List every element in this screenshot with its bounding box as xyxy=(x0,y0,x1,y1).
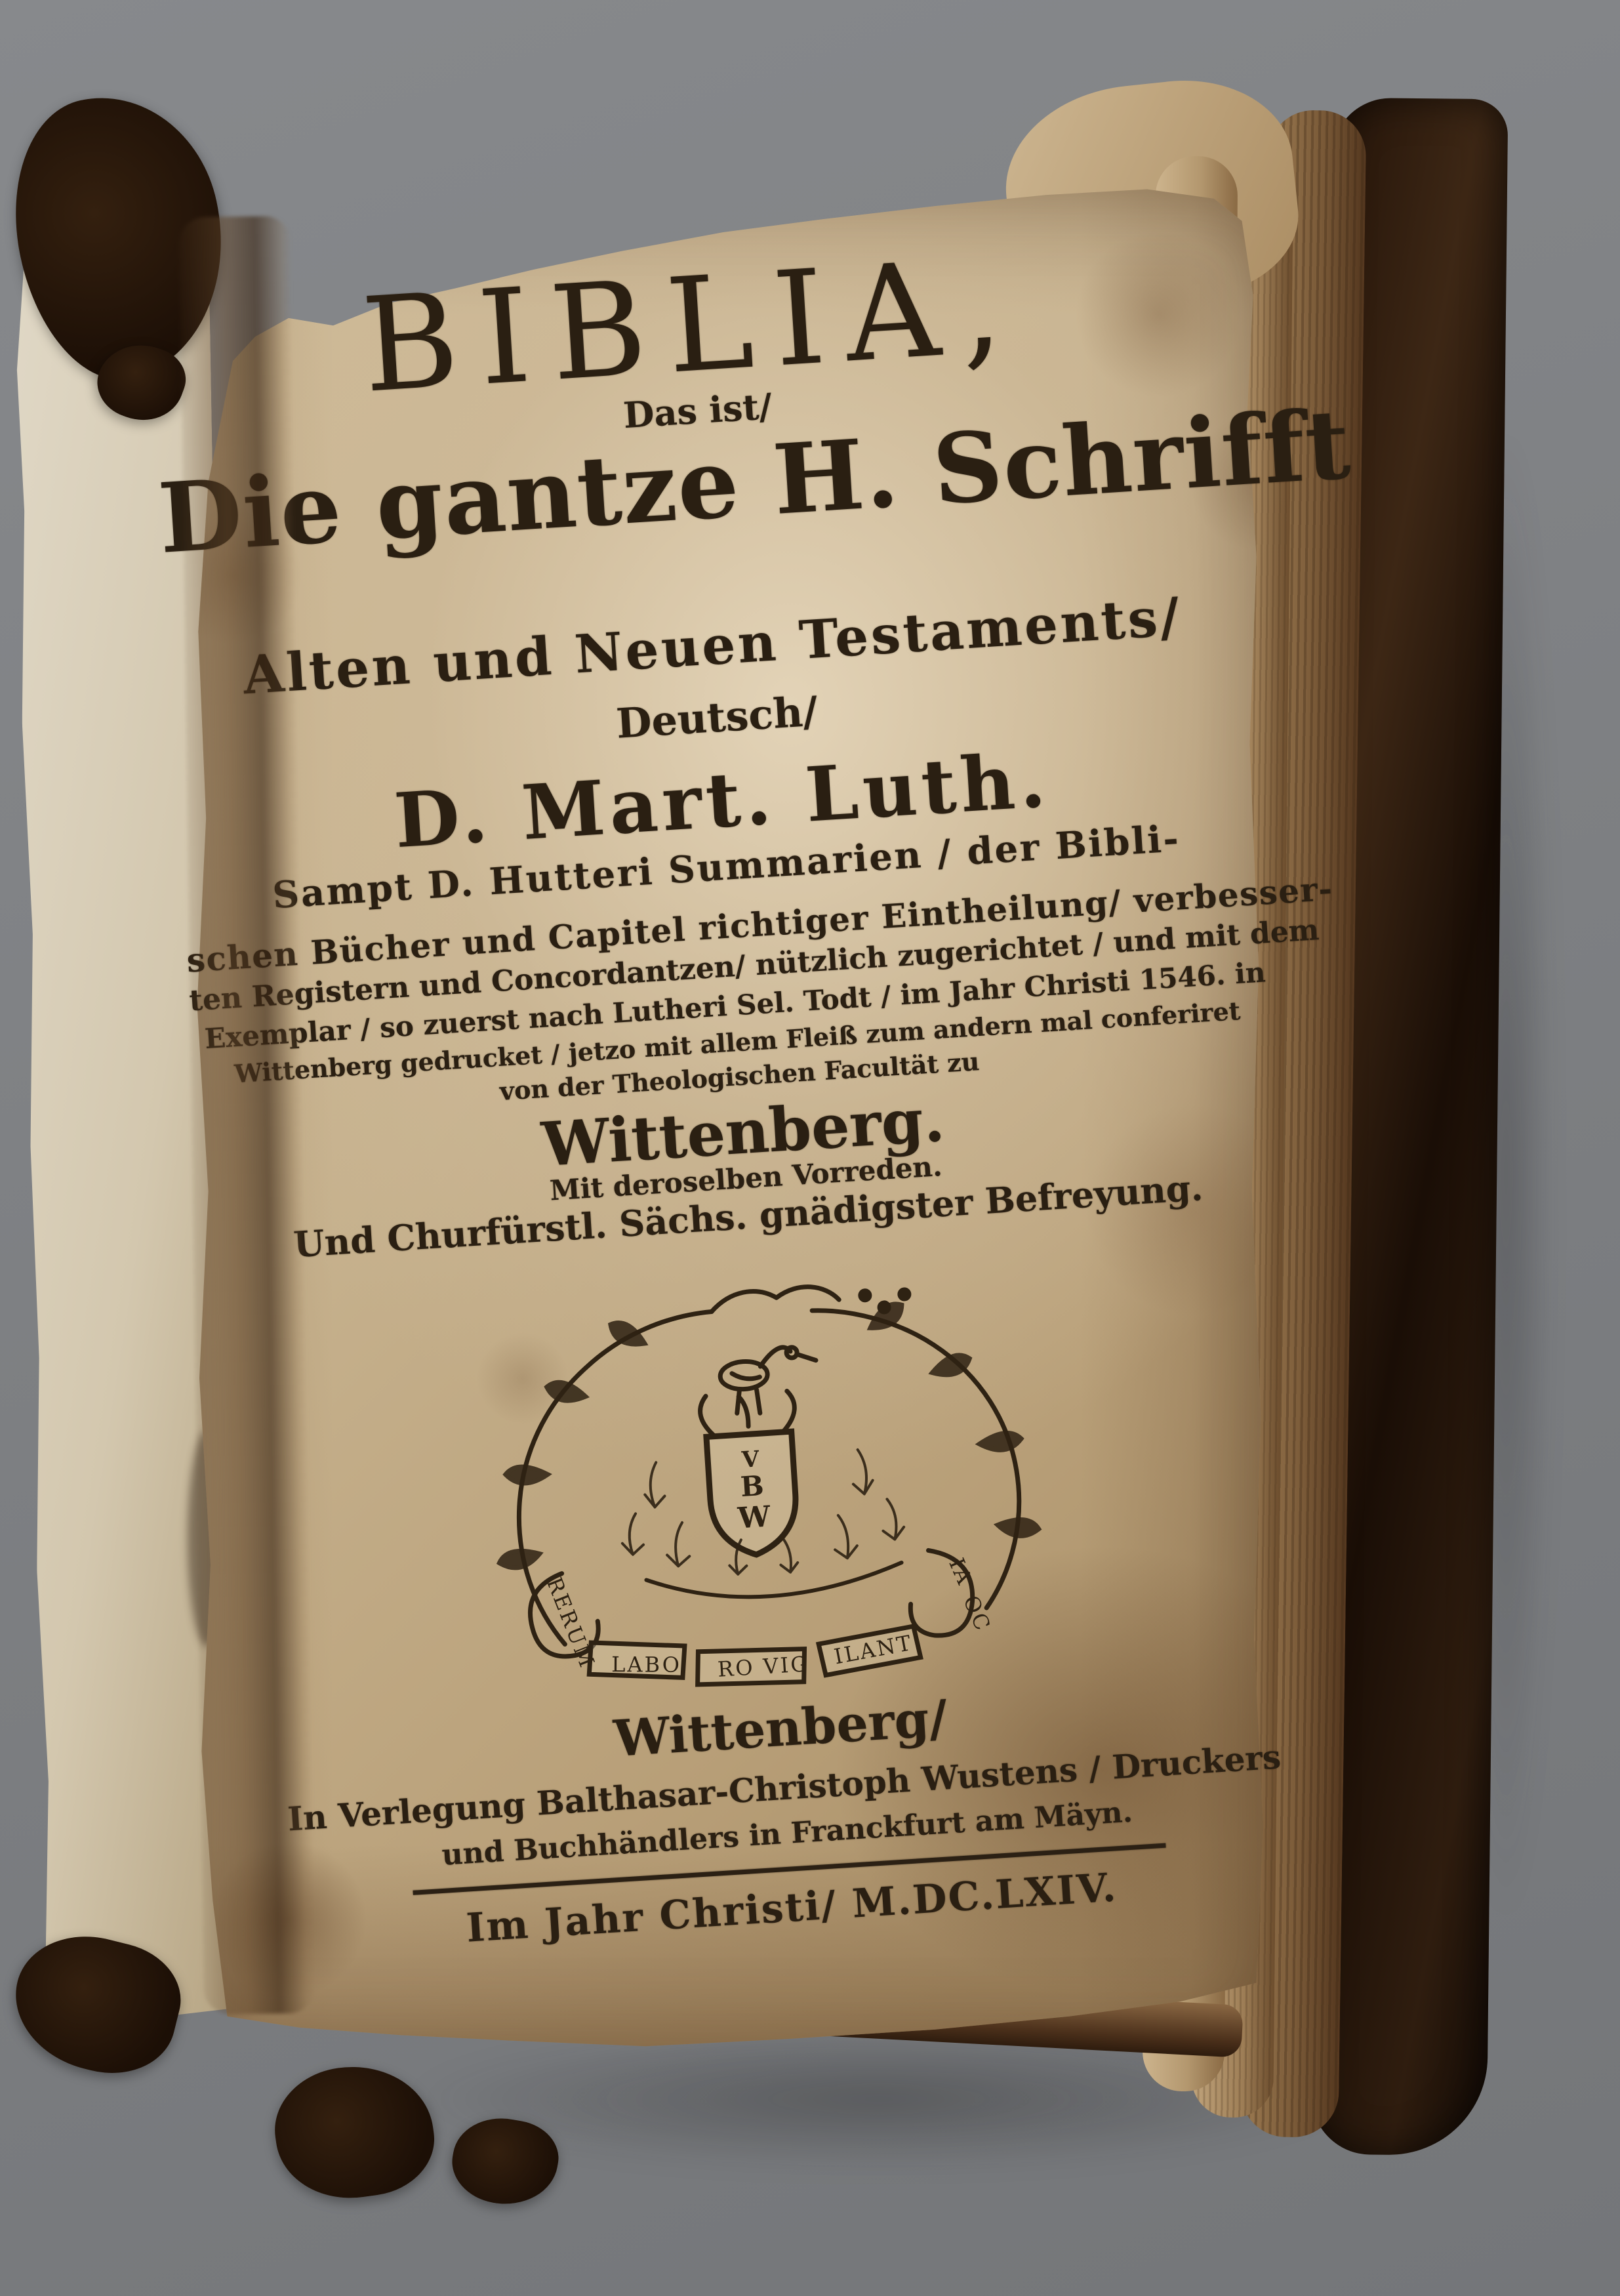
wreath-right-branch xyxy=(812,1298,1026,1618)
printer-device-drawing: V B W RERUM LABO RO VIG ILANT IA OC xyxy=(443,1245,1085,1710)
monogram-letter-b: B xyxy=(740,1469,765,1503)
stork-bird-crest xyxy=(719,1345,819,1416)
wreath-top-sprig xyxy=(710,1285,839,1312)
motto-segment: LABO xyxy=(611,1652,681,1677)
title-page-text-block: BIBLIA, Das ist/ Die gantze H. Schrifft … xyxy=(141,165,1341,2040)
printer-device-woodcut: V B W RERUM LABO RO VIG ILANT IA OC xyxy=(443,1245,1085,1710)
photo-of-antique-bible: BIBLIA, Das ist/ Die gantze H. Schrifft … xyxy=(0,0,1620,2296)
monogram-letter-w: W xyxy=(737,1500,772,1535)
